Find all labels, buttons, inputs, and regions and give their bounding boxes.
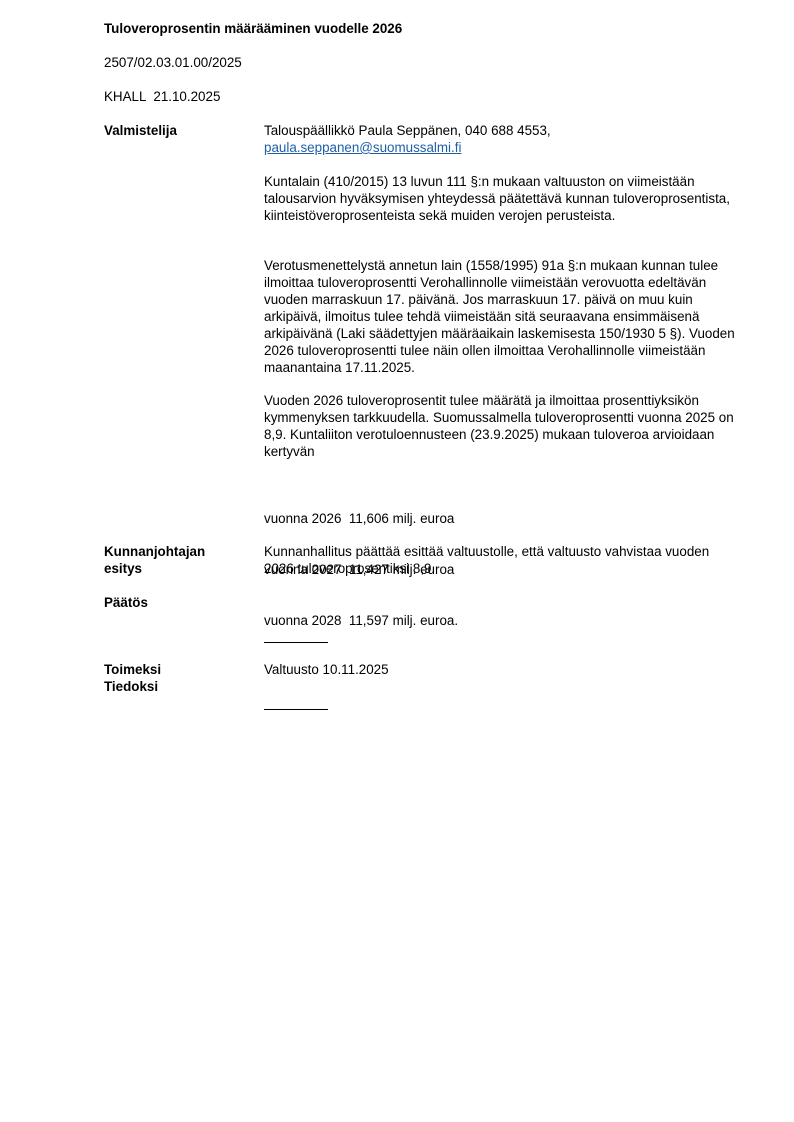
esitys-text: Kunnanhallitus päättää esittää valtuusto… [264,543,714,577]
forecast-2028: vuonna 2028 11,597 milj. euroa. [264,612,744,629]
paragraph-tuloveroprosentti: Vuoden 2026 tuloveroprosentit tulee määr… [264,392,734,460]
label-toimeksi-tiedoksi: Toimeksi Tiedoksi [104,661,254,695]
divider-line [264,709,328,710]
valmistelija-content: Talouspäällikkö Paula Seppänen, 040 688 … [264,122,744,156]
document-title: Tuloveroprosentin määrääminen vuodelle 2… [104,20,402,37]
forecast-2026: vuonna 2026 11,606 milj. euroa [264,510,744,527]
label-paatos: Päätös [104,594,254,611]
record-number: 2507/02.03.01.00/2025 [104,54,242,71]
label-kunnanjohtajan-esitys: Kunnanjohtajan esitys [104,543,254,577]
divider-line [264,642,328,643]
paragraph-kuntalaki: Kuntalain (410/2015) 13 luvun 111 §:n mu… [264,173,734,224]
toimeksi-text: Valtuusto 10.11.2025 [264,661,744,678]
label-valmistelija: Valmistelija [104,122,254,139]
paragraph-verotusmenettely: Verotusmenettelystä annetun lain (1558/1… [264,257,736,376]
meeting-reference: KHALL 21.10.2025 [104,88,220,105]
preparer-email-link[interactable]: paula.seppanen@suomussalmi.fi [264,140,461,155]
preparer-info: Talouspäällikkö Paula Seppänen, 040 688 … [264,122,744,139]
